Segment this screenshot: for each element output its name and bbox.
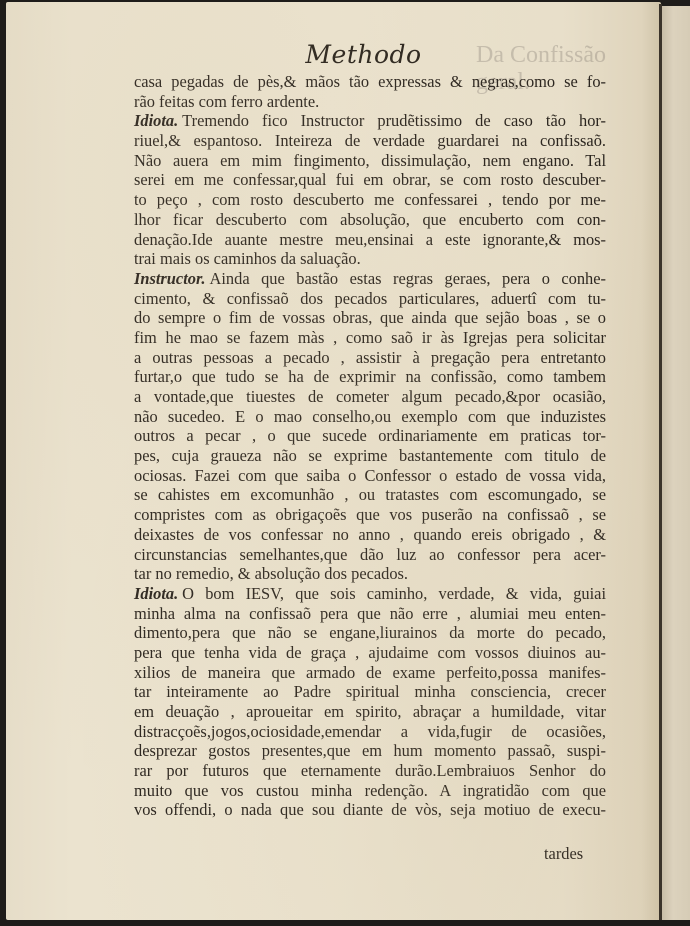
text-line: circunstancias semelhantes,que dão luz a…: [134, 545, 606, 565]
text-line: cimento, & confissaõ dos pecados particu…: [134, 289, 606, 309]
line-text: to peço , com rosto descuberto me confes…: [134, 190, 606, 209]
line-text: a outras pessoas a pecado , assistir à p…: [134, 348, 606, 367]
line-text: ociosas. Fazei com que saiba o Confessor…: [134, 466, 606, 485]
text-line: desprezar gostos presentes,que em hum mo…: [134, 741, 606, 761]
text-line: minha alma na confissaõ pera que não err…: [134, 604, 606, 624]
text-line: furtar,o que tudo se ha de exprimir na c…: [134, 367, 606, 387]
line-text: O bom IESV, que sois caminho, verdade, &…: [182, 584, 606, 603]
line-text: Não auera em mim fingimento, dissimulaçã…: [134, 151, 606, 170]
facing-page-edge: [662, 6, 690, 920]
line-text: lhor ficar descuberto com absolução, que…: [134, 210, 606, 229]
text-line: rão feitas com ferro ardente.: [134, 92, 606, 112]
line-text: trai mais os caminhos da saluação.: [134, 249, 361, 268]
text-line: Não auera em mim fingimento, dissimulaçã…: [134, 151, 606, 171]
text-line: lhor ficar descuberto com absolução, que…: [134, 210, 606, 230]
page-header: Methodo: [6, 40, 661, 69]
line-text: outros a pecar , o que sucede ordinariam…: [134, 426, 606, 445]
text-line: tar inteiramente ao Padre spiritual minh…: [134, 682, 606, 702]
text-line: Instructor.Ainda que bastão estas regras…: [134, 269, 606, 289]
line-text: riuel,& espantoso. Inteireza de verdade …: [134, 131, 606, 150]
text-line: Idiota.O bom IESV, que sois caminho, ver…: [134, 584, 606, 604]
text-line: ociosas. Fazei com que saiba o Confessor…: [134, 466, 606, 486]
text-line: muito que vos custou minha redenção. A i…: [134, 781, 606, 801]
text-line: se cahistes em excomunhão , ou tratastes…: [134, 485, 606, 505]
speaker-label: Idiota.: [134, 111, 178, 130]
line-text: Tremendo fico Instructor prudẽtissimo de…: [182, 111, 606, 130]
line-text: minha alma na confissaõ pera que não err…: [134, 604, 606, 623]
line-text: Ainda que bastão estas regras geraes, pe…: [210, 269, 606, 288]
line-text: deixastes de vos confessar no anno , qua…: [134, 525, 606, 544]
text-line: do sempre o fim de vossas obras, que ain…: [134, 308, 606, 328]
text-line: não sucedeo. E o mao conselho,ou exemplo…: [134, 407, 606, 427]
line-text: vos offendi, o nada que sou diante de vò…: [134, 800, 606, 819]
line-text: rão feitas com ferro ardente.: [134, 92, 319, 111]
text-line: trai mais os caminhos da saluação.: [134, 249, 606, 269]
line-text: do sempre o fim de vossas obras, que ain…: [134, 308, 606, 327]
speaker-label: Instructor.: [134, 269, 206, 288]
text-line: riuel,& espantoso. Inteireza de verdade …: [134, 131, 606, 151]
line-text: furtar,o que tudo se ha de exprimir na c…: [134, 367, 606, 386]
text-line: distracçoẽs,jogos,ociosidade,emendar a v…: [134, 722, 606, 742]
text-line: vos offendi, o nada que sou diante de vò…: [134, 800, 606, 820]
line-text: serei em me confessar,qual fui em obrar,…: [134, 170, 606, 189]
text-line: serei em me confessar,qual fui em obrar,…: [134, 170, 606, 190]
text-line: a outras pessoas a pecado , assistir à p…: [134, 348, 606, 368]
text-line: tar no remedio, & absolução dos pecados.: [134, 564, 606, 584]
line-text: se cahistes em excomunhão , ou tratastes…: [134, 485, 606, 504]
text-line: fim he mao se fazem màs , como saõ ir às…: [134, 328, 606, 348]
line-text: circunstancias semelhantes,que dão luz a…: [134, 545, 606, 564]
running-title: Methodo: [305, 40, 421, 69]
line-text: em deuação , aproueitar em spirito, abra…: [134, 702, 606, 721]
line-text: compristes com as obrigaçoẽs que vos pus…: [134, 505, 606, 524]
text-line: pes, cuja graueza não se exprime bastant…: [134, 446, 606, 466]
line-text: cimento, & confissaõ dos pecados particu…: [134, 289, 606, 308]
line-text: denação.Ide auante mestre meu,ensinai a …: [134, 230, 606, 249]
line-text: pes, cuja graueza não se exprime bastant…: [134, 446, 606, 465]
line-text: dimento,pera que não se engane,liurainos…: [134, 623, 606, 642]
line-text: tar inteiramente ao Padre spiritual minh…: [134, 682, 606, 701]
speaker-label: Idiota.: [134, 584, 178, 603]
line-text: desprezar gostos presentes,que em hum mo…: [134, 741, 606, 760]
text-line: compristes com as obrigaçoẽs que vos pus…: [134, 505, 606, 525]
line-text: não sucedeo. E o mao conselho,ou exemplo…: [134, 407, 606, 426]
text-line: to peço , com rosto descuberto me confes…: [134, 190, 606, 210]
text-line: em deuação , aproueitar em spirito, abra…: [134, 702, 606, 722]
line-text: distracçoẽs,jogos,ociosidade,emendar a v…: [134, 722, 606, 741]
line-text: casa pegadas de pès,& mãos tão expressas…: [134, 72, 606, 91]
text-line: deixastes de vos confessar no anno , qua…: [134, 525, 606, 545]
text-line: a vontade,que tiuestes de cometer algum …: [134, 387, 606, 407]
text-line: outros a pecar , o que sucede ordinariam…: [134, 426, 606, 446]
text-line: dimento,pera que não se engane,liurainos…: [134, 623, 606, 643]
catchword: tardes: [544, 844, 583, 864]
line-text: xilios de maneira que armado de exame pe…: [134, 663, 606, 682]
line-text: a vontade,que tiuestes de cometer algum …: [134, 387, 606, 406]
text-line: casa pegadas de pès,& mãos tão expressas…: [134, 72, 606, 92]
book-page: Da Confissão geral. Methodo casa pegadas…: [6, 2, 661, 920]
body-text: casa pegadas de pès,& mãos tão expressas…: [134, 72, 606, 820]
line-text: rar por futuros que eternamente durão.Le…: [134, 761, 606, 780]
line-text: muito que vos custou minha redenção. A i…: [134, 781, 606, 800]
line-text: pera que tenha vida de graça , ajudaime …: [134, 643, 606, 662]
text-line: xilios de maneira que armado de exame pe…: [134, 663, 606, 683]
text-line: rar por futuros que eternamente durão.Le…: [134, 761, 606, 781]
line-text: tar no remedio, & absolução dos pecados.: [134, 564, 408, 583]
text-line: denação.Ide auante mestre meu,ensinai a …: [134, 230, 606, 250]
text-line: pera que tenha vida de graça , ajudaime …: [134, 643, 606, 663]
text-line: Idiota.Tremendo fico Instructor prudẽtis…: [134, 111, 606, 131]
line-text: fim he mao se fazem màs , como saõ ir às…: [134, 328, 606, 347]
